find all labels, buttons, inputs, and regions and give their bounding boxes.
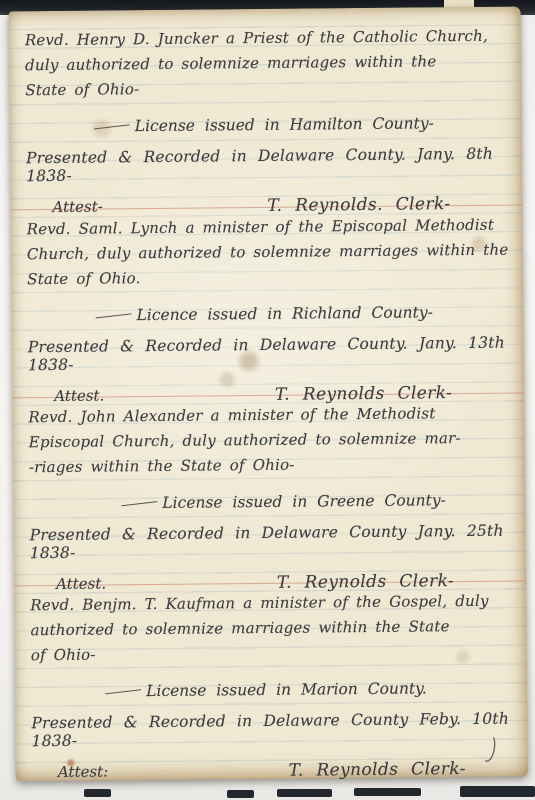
minister-credential-text: Revd. Saml. Lynch a minister of the Epis…: [27, 213, 510, 293]
clerk-signature: T. Reynolds Clerk-: [288, 759, 466, 781]
book-cover-mark: [354, 788, 421, 796]
attest-label: Attest.: [54, 386, 104, 404]
license-issued-line: License issued in Marion County.: [105, 679, 513, 701]
presented-recorded-line: Presented & Recorded in Delaware County.…: [26, 145, 508, 186]
attest-label: Attest.: [56, 574, 106, 592]
record-entry-4: Revd. Benjm. T. Kaufman a minister of th…: [14, 580, 528, 773]
presented-recorded-line: Presented & Recorded in Delaware County …: [31, 710, 513, 751]
record-entry-3: Revd. John Alexander a minister of the M…: [12, 392, 526, 585]
minister-credential-text: Revd. Henry D. Juncker a Priest of the C…: [25, 24, 508, 104]
presented-recorded-line: Presented & Recorded in Delaware County.…: [28, 334, 510, 375]
minister-credential-text: Revd. John Alexander a minister of the M…: [28, 401, 511, 481]
scanned-document-view: Revd. Henry D. Juncker a Priest of the C…: [0, 0, 535, 800]
record-entry-1: Revd. Henry D. Juncker a Priest of the C…: [9, 16, 523, 209]
attestation-row: Attest: T. Reynolds Clerk-: [58, 759, 466, 783]
record-entries: Revd. Henry D. Juncker a Priest of the C…: [9, 6, 528, 781]
attest-label: Attest-: [52, 197, 102, 215]
book-cover-mark: [277, 789, 332, 797]
book-cover-mark: [227, 790, 254, 798]
license-issued-line: License issued in Hamilton County-: [94, 114, 508, 136]
book-cover-mark: [460, 786, 535, 797]
ledger-page: Revd. Henry D. Juncker a Priest of the C…: [9, 6, 528, 781]
book-cover-mark: [84, 789, 111, 797]
license-issued-line: Licence issued in Richland County-: [95, 303, 509, 325]
presented-recorded-line: Presented & Recorded in Delaware County …: [30, 522, 512, 563]
attest-label: Attest:: [58, 762, 108, 780]
license-issued-line: License issued in Greene County-: [121, 491, 511, 513]
minister-credential-text: Revd. Benjm. T. Kaufman a minister of th…: [30, 589, 513, 669]
record-entry-2: Revd. Saml. Lynch a minister of the Epis…: [11, 204, 525, 397]
